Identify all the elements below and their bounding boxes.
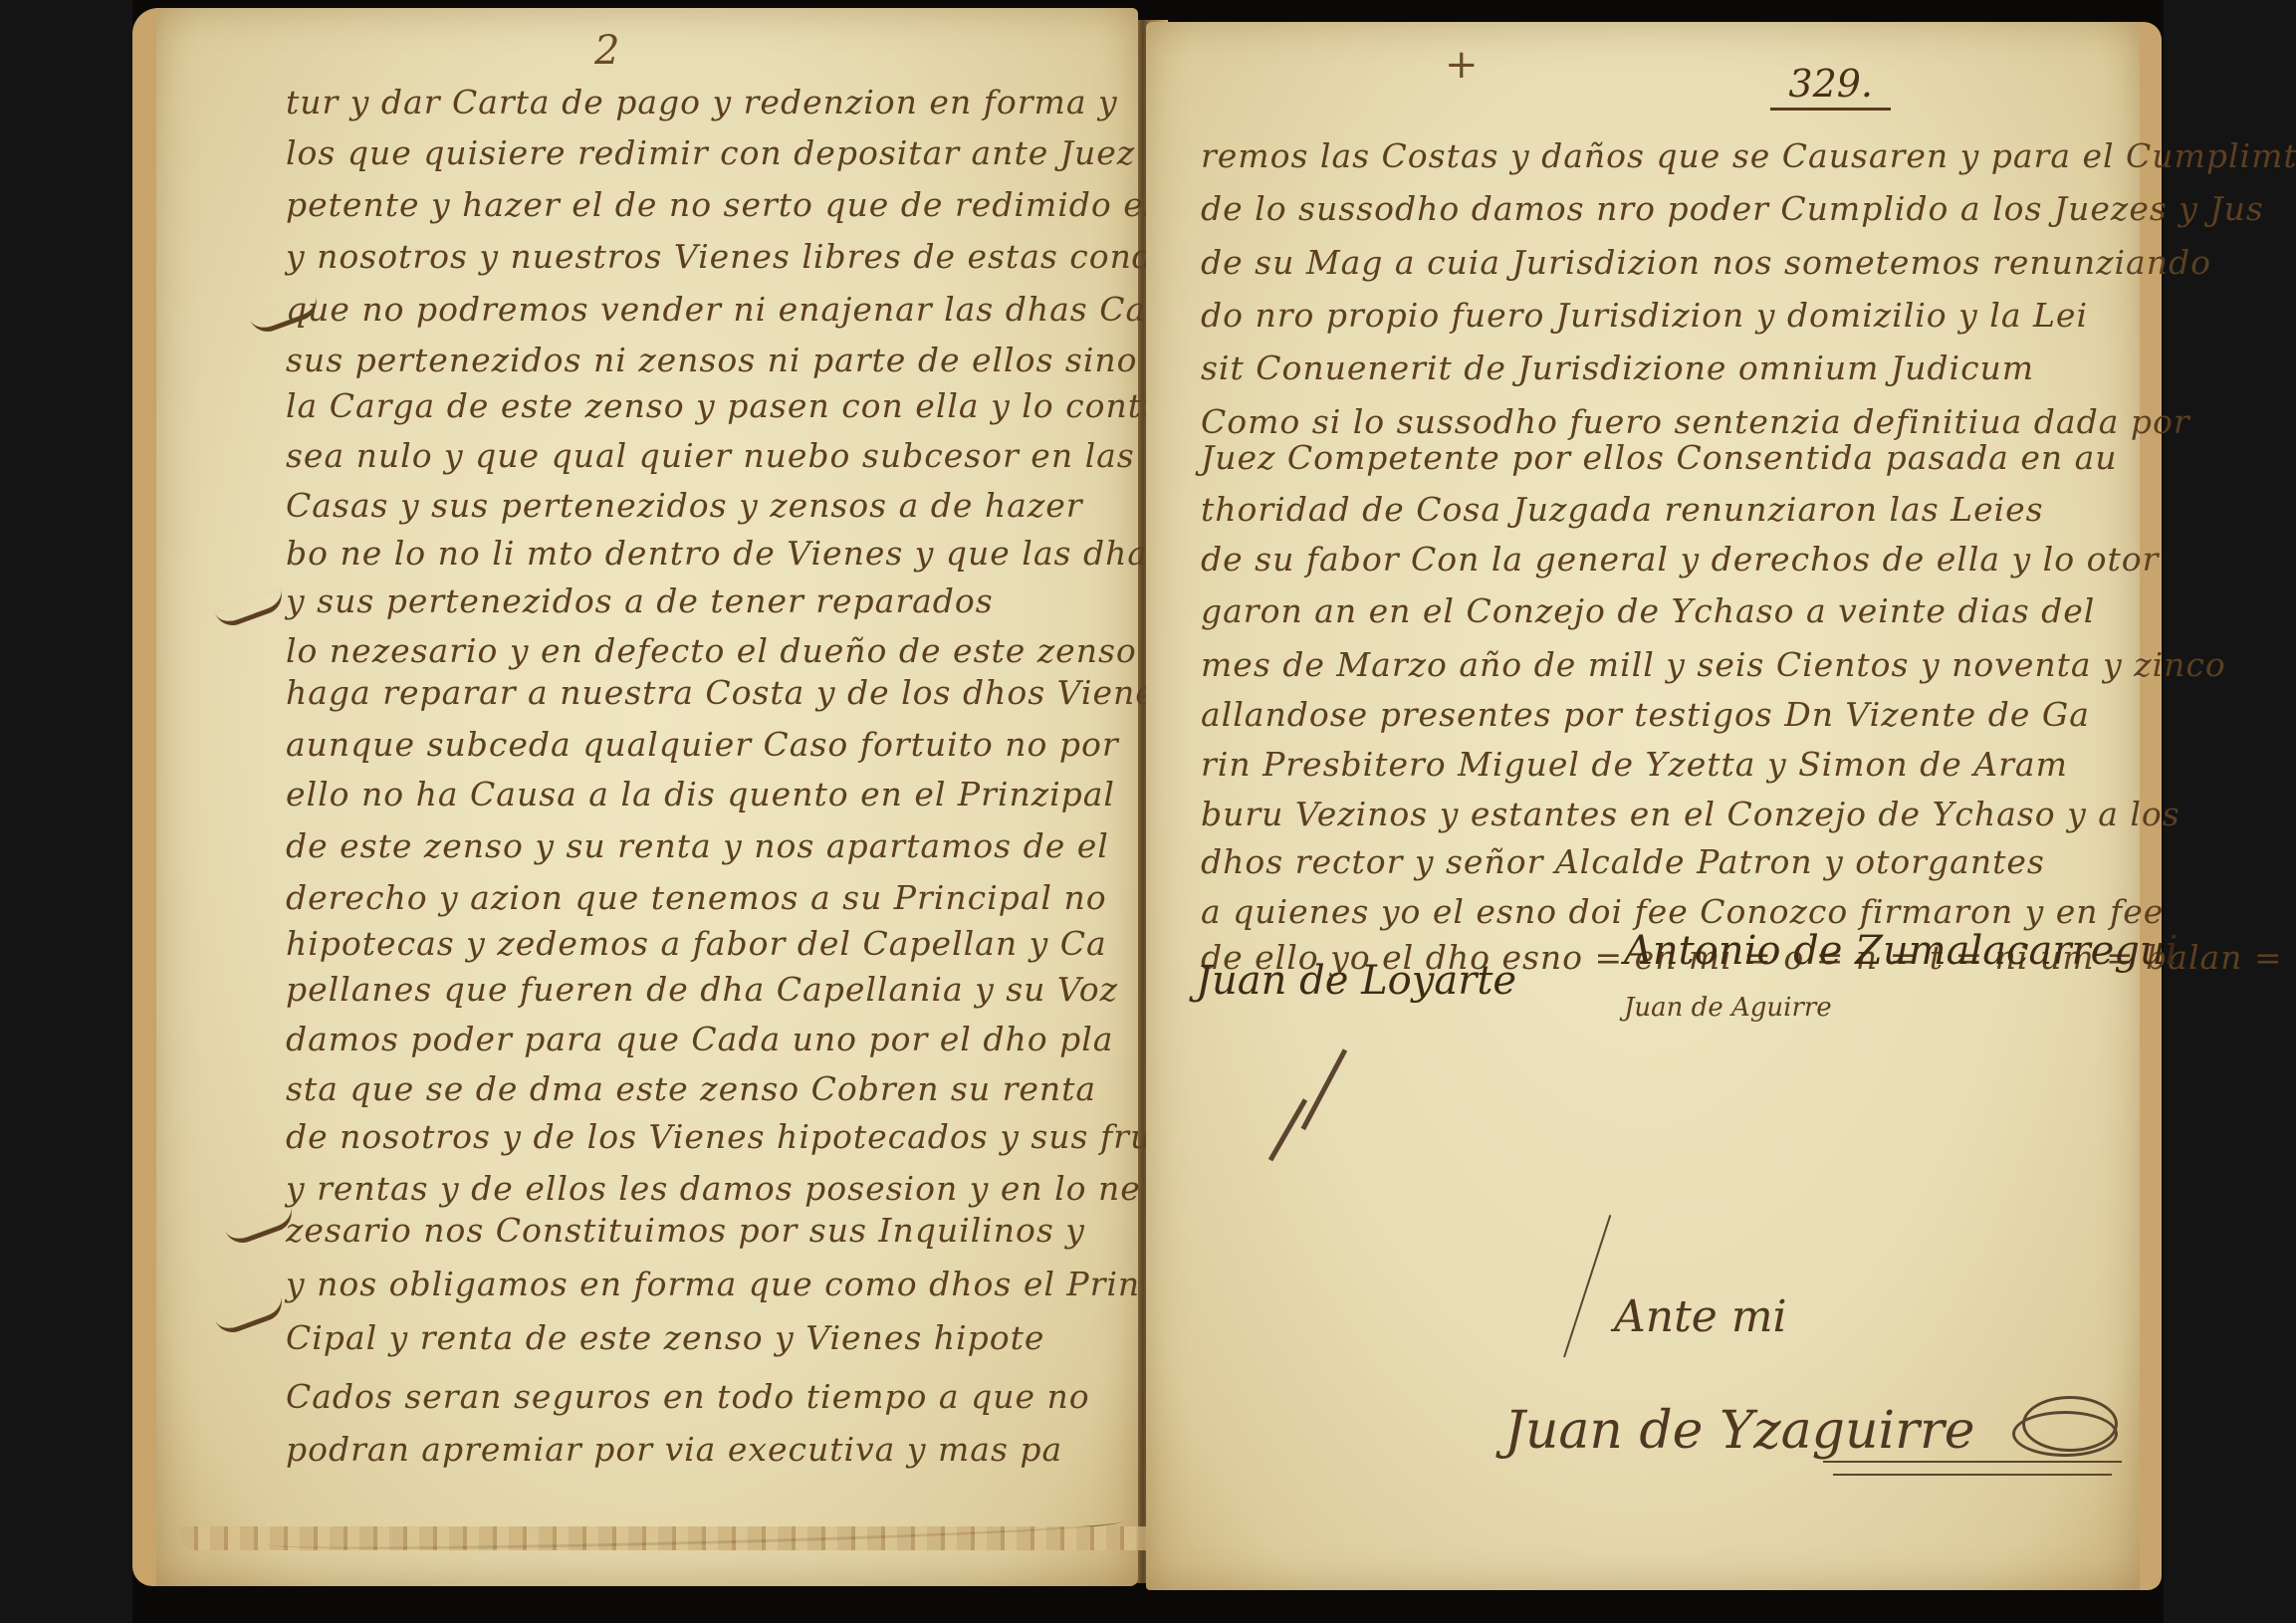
manuscript-line: aunque subceda qualquier Caso fortuito n…	[286, 725, 1119, 764]
manuscript-line: do nro propio fuero Jurisdizion y domizi…	[1201, 296, 2088, 335]
manuscript-line: mes de Marzo año de mill y seis Cientos …	[1201, 645, 2226, 684]
signature-antonio-de-zumalacarregui: Antonio de Zumalacarregui	[1624, 928, 2178, 974]
notary-rubric-underline	[1823, 1461, 2122, 1463]
manuscript-line: Juez Competente por ellos Consentida pas…	[1201, 438, 2118, 477]
folio-number: 329.	[1770, 62, 1891, 111]
margin-flourish-mark	[215, 589, 287, 631]
manuscript-line: hipotecas y zedemos a fabor del Capellan…	[286, 924, 1107, 963]
manuscript-line: sus pertenezidos ni zensos ni parte de e…	[286, 341, 1138, 379]
manuscript-line: ello no ha Causa a la dis quento en el P…	[286, 775, 1115, 813]
manuscript-line: de nosotros y de los Vienes hipotecados …	[286, 1117, 1205, 1156]
manuscript-line: pellanes que fueren de dha Capellania y …	[286, 970, 1118, 1009]
manuscript-line: damos poder para que Cada uno por el dho…	[286, 1020, 1113, 1058]
signature-flourish	[1301, 1048, 1348, 1130]
manuscript-line: a quienes yo el esno doi fee Conozco fir…	[1201, 892, 2164, 931]
manuscript-line: bo ne lo no li mto dentro de Vienes y qu…	[286, 534, 1280, 573]
manuscript-line: de lo sussodho damos nro poder Cumplido …	[1201, 189, 2264, 228]
manuscript-line: y sus pertenezidos a de tener reparados	[286, 581, 994, 620]
open-manuscript-book: 2 tur y dar Carta de pago y redenzion en…	[132, 0, 2164, 1623]
manuscript-line: de su fabor Con la general y derechos de…	[1201, 540, 2159, 579]
manuscript-line: sta que se de dma este zenso Cobren su r…	[286, 1069, 1096, 1108]
signature-juan-de-aguirre: Juan de Aguirre	[1624, 993, 1832, 1023]
notary-attestation-ante-mi: Ante mi	[1614, 1291, 1787, 1342]
manuscript-line: garon an en el Conzejo de Ychaso a veint…	[1201, 591, 2095, 630]
notary-signature-juan-de-yzaguirre: Juan de Yzaguirre	[1504, 1401, 1975, 1461]
manuscript-line: buru Vezinos y estantes en el Conzejo de…	[1201, 795, 2181, 833]
notary-rubric-loop	[2012, 1411, 2118, 1457]
manuscript-line: dhos rector y señor Alcalde Patron y oto…	[1201, 842, 2045, 881]
manuscript-line: Cados seran seguros en todo tiempo a que…	[286, 1377, 1090, 1416]
notary-rubric-underline	[1833, 1474, 2112, 1476]
page-top-cross-mark: +	[1445, 42, 1479, 88]
manuscript-line: lo nezesario y en defecto el dueño de es…	[286, 631, 1169, 670]
manuscript-line: que no podremos vender ni enajenar las d…	[286, 290, 1203, 329]
manuscript-line: y nos obligamos en forma que como dhos e…	[286, 1265, 1140, 1303]
page-top-mark: 2	[594, 28, 619, 74]
manuscript-line: remos las Costas y daños que se Causaren…	[1201, 136, 2296, 175]
manuscript-line: haga reparar a nuestra Costa y de los dh…	[286, 673, 1205, 712]
manuscript-line: sit Conuenerit de Jurisdizione omnium Ju…	[1201, 348, 2034, 387]
manuscript-line: sea nulo y que qual quier nuebo subcesor…	[286, 436, 1229, 475]
manuscript-line: tur y dar Carta de pago y redenzion en f…	[286, 83, 1118, 121]
manuscript-line: Cipal y renta de este zenso y Vienes hip…	[286, 1318, 1044, 1357]
manuscript-line: podran apremiar por via executiva y mas …	[286, 1430, 1062, 1469]
manuscript-line: la Carga de este zenso y pasen con ella …	[286, 386, 1229, 425]
manuscript-line: derecho y azion que tenemos a su Princip…	[286, 878, 1107, 917]
worn-page-edge	[180, 1526, 1156, 1550]
manuscript-line: y rentas y de ellos les damos posesion y…	[286, 1169, 1141, 1208]
manuscript-line: y nosotros y nuestros Vienes libres de e…	[286, 237, 1277, 276]
left-page: 2 tur y dar Carta de pago y redenzion en…	[132, 8, 1138, 1586]
right-page: + 329. remos las Costas y daños que se C…	[1146, 22, 2162, 1590]
manuscript-line: Casas y sus pertenezidos y zensos a de h…	[286, 486, 1083, 525]
manuscript-line: rin Presbitero Miguel de Yzetta y Simon …	[1201, 745, 2068, 784]
notary-flourish-stroke	[1563, 1215, 1611, 1357]
margin-flourish-mark	[215, 1296, 287, 1338]
manuscript-line: de este zenso y su renta y nos apartamos…	[286, 826, 1109, 865]
signature-juan-de-loyarte: Juan de Loyarte	[1196, 958, 1516, 1004]
manuscript-line: de su Mag a cuia Jurisdizion nos sometem…	[1201, 243, 2211, 282]
signature-flourish	[1268, 1098, 1307, 1161]
manuscript-line: thoridad de Cosa Juzgada renunziaron las…	[1201, 490, 2044, 529]
manuscript-line: zesario nos Constituimos por sus Inquili…	[286, 1211, 1085, 1250]
manuscript-line: los que quisiere redimir con depositar a…	[286, 133, 1226, 172]
manuscript-line: allandose presentes por testigos Dn Vize…	[1201, 695, 2090, 734]
manuscript-line: Como si lo sussodho fuero sentenzia defi…	[1201, 402, 2190, 441]
